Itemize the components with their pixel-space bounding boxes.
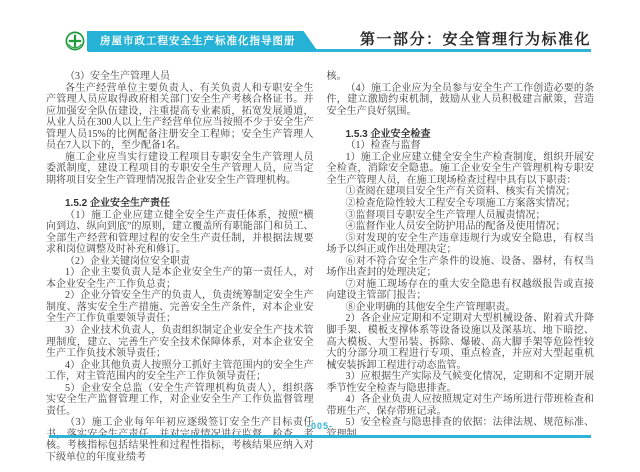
paragraph: （1）施工企业应建立健全安全生产责任体系，按照“横向到边、纵向到底”的原则，建立… xyxy=(46,210,314,256)
paragraph: 各生产经营单位主要负责人、有关负责人和专职安全生产管理人员应取得政府相关部门安全… xyxy=(46,83,314,152)
list-item: ①查阅在建项目安全生产有关资料、核实有关情况； xyxy=(327,186,595,198)
right-column: 核。 （4）施工企业应为全员参与安全生产工作创造必要的条件，建立激励约束机制，鼓… xyxy=(327,71,595,420)
paragraph: 2）各企业应定期和不定期对大型机械设备、附着式升降脚手架、模板支撑体系等设备设施… xyxy=(327,313,595,371)
book-title: 房屋市政工程安全生产标准化指导图册 xyxy=(100,35,296,47)
paragraph: （2）企业关键岗位安全职责 xyxy=(46,256,314,268)
document-page: 房屋市政工程安全生产标准化指导图册 第一部分：安全管理行为标准化 （3）安全生产… xyxy=(0,0,640,472)
paragraph: 5）企业安全总监（安全生产管理机构负责人），组织落实安全生产监督管理工作，对企业… xyxy=(46,383,314,418)
list-item: ⑧企业明确的其他安全生产管理职责。 xyxy=(327,302,595,314)
paragraph: （1）检查与监督 xyxy=(327,140,595,152)
paragraph: 施工企业应当实行建设工程项目专职安全生产管理人员委派制度，建设工程项目的专职安全… xyxy=(46,152,314,187)
section-title: 第一部分：安全管理行为标准化 xyxy=(360,28,591,49)
page-number: -005- xyxy=(0,421,640,431)
section-heading: 1.5.2 企业安全生产责任 xyxy=(46,198,314,210)
main-content: （3）安全生产管理人员 各生产经营单位主要负责人、有关负责人和专职安全生产管理人… xyxy=(46,71,594,420)
paragraph: （4）施工企业应为全员参与安全生产工作创造必要的条件，建立激励约束机制，鼓励从业… xyxy=(327,83,595,118)
paragraph: 核。 xyxy=(327,71,595,83)
paragraph: 3）应根据生产实际及气候变化情况，定期和不定期开展季节性安全检查与隐患排查。 xyxy=(327,371,595,394)
paragraph: （3）安全生产管理人员 xyxy=(46,71,314,83)
paragraph: 3）企业技术负责人，负责组织制定企业安全生产技术管理制度，建立、完善生产安全技术… xyxy=(46,325,314,360)
page-header: 房屋市政工程安全生产标准化指导图册 第一部分：安全管理行为标准化 xyxy=(0,32,640,54)
left-column: （3）安全生产管理人员 各生产经营单位主要负责人、有关负责人和专职安全生产管理人… xyxy=(46,71,314,420)
paragraph: 2）企业分管安全生产的负责人，负责统筹制定安全生产制度、落实安全生产措施、完善安… xyxy=(46,290,314,325)
paragraph: 1）企业主要负责人是本企业安全生产的第一责任人，对本企业安全生产工作负总责； xyxy=(46,267,314,290)
list-item: ⑦对施工现场存在的重大安全隐患有权越级报告或直接向建设主管部门报告； xyxy=(327,279,595,302)
footer-rule xyxy=(49,435,591,438)
list-item: ⑥对不符合安全生产条件的设施、设备、器材，有权当场作出查封的处理决定； xyxy=(327,256,595,279)
list-item: ③监督项目专职安全生产管理人员履责情况； xyxy=(327,210,595,222)
section-heading: 1.5.3 企业安全检查 xyxy=(327,129,595,141)
paragraph: 4）企业其他负责人按照分工抓好主管范围内的安全生产工作，对主管范围内的安全生产工… xyxy=(46,360,314,383)
paragraph: 4）各企业负责人应按照规定对生产场所进行带班检查和带班生产、保存带班记录。 xyxy=(327,394,595,417)
list-item: ④监督作业人员安全防护用品的配备及使用情况； xyxy=(327,221,595,233)
list-item: ⑤对发现的安全生产违章违规行为或安全隐患，有权当场予以纠正或作出处理决定； xyxy=(327,233,595,256)
work-safety-logo-icon xyxy=(65,31,85,51)
book-title-banner: 房屋市政工程安全生产标准化指导图册 xyxy=(87,31,318,51)
paragraph: 1）施工企业应建立健全安全生产检查制度，组织开展安全检查，消除安全隐患。施工企业… xyxy=(327,152,595,187)
list-item: ②检查危险性较大工程安全专项施工方案落实情况； xyxy=(327,198,595,210)
